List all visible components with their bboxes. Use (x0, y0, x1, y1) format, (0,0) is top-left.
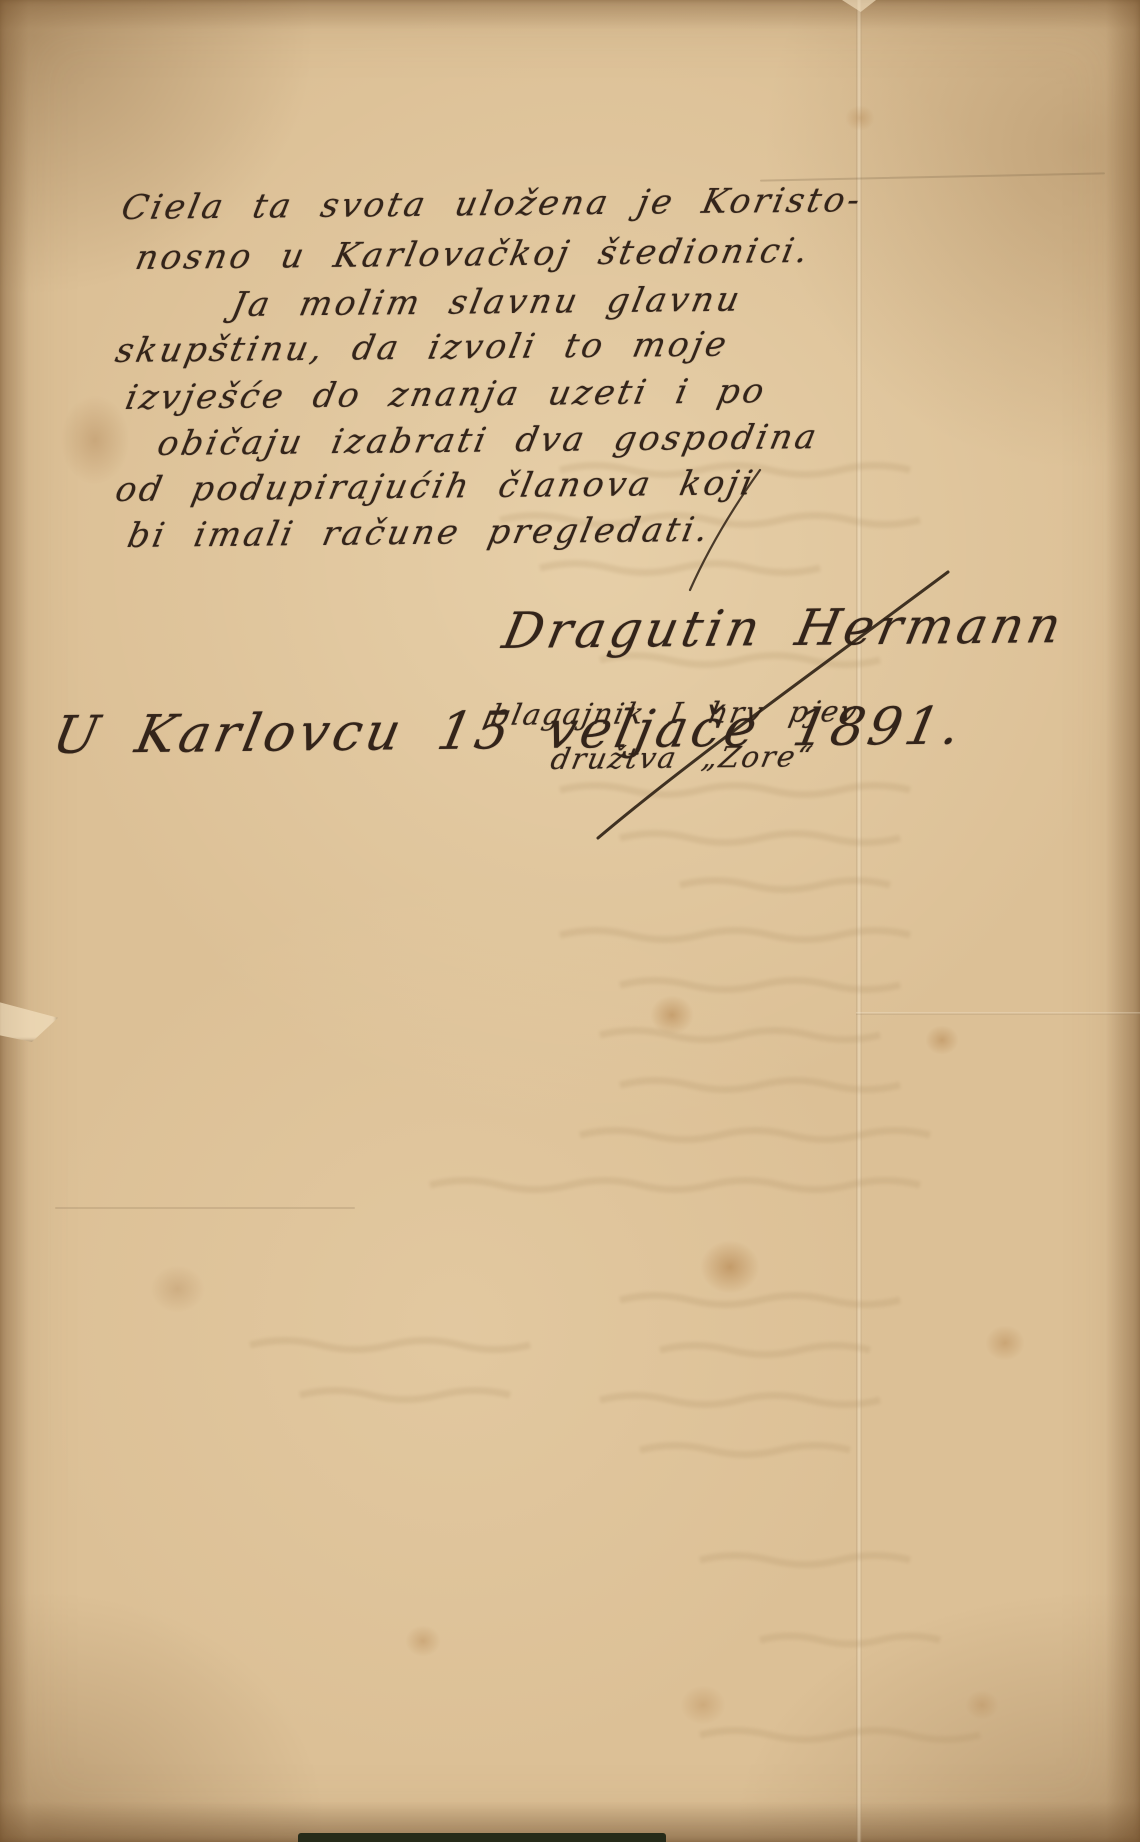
fox-stain (150, 1265, 205, 1313)
handwritten-line-5: izvješće do znanja uzeti i po (122, 371, 770, 418)
edge-tear (0, 998, 58, 1042)
fox-stain (405, 1625, 441, 1657)
handwritten-line-1: Ciela ta svota uložena je Koristo- (118, 180, 866, 228)
letter-page: Ciela ta svota uložena je Koristo- nosno… (0, 0, 1140, 1842)
handwritten-line-2: nosno u Karlovačkoj štedionici. (132, 231, 814, 278)
handwritten-line-4: skupštinu, da izvoli to moje (112, 325, 733, 371)
scanner-edge-strip (298, 1833, 666, 1842)
place-date-line: U Karlovcu 15 veljače 1891. (48, 697, 970, 766)
fox-stain (680, 1685, 726, 1725)
handwritten-line-3: Ja molim slavnu glavnu (228, 280, 746, 325)
handwritten-line-6: običaju izabrati dva gospodina (154, 417, 823, 464)
handwritten-line-8: bi imali račune pregledati. (124, 510, 714, 556)
pencil-line (55, 1207, 355, 1209)
vertical-fold-crease (856, 0, 862, 1842)
fox-stain (965, 1690, 999, 1720)
handwritten-line-7: od podupirajućih članova koji (112, 463, 759, 510)
horizontal-fold-crease (856, 1012, 1140, 1015)
fox-stain (650, 995, 694, 1035)
top-edge-notch (842, 0, 876, 12)
fox-stain (845, 105, 875, 131)
fox-stain (700, 1240, 760, 1294)
fox-stain (985, 1325, 1025, 1361)
fox-stain (925, 1025, 959, 1055)
signature-name: Dragutin Hermann (498, 596, 1070, 660)
